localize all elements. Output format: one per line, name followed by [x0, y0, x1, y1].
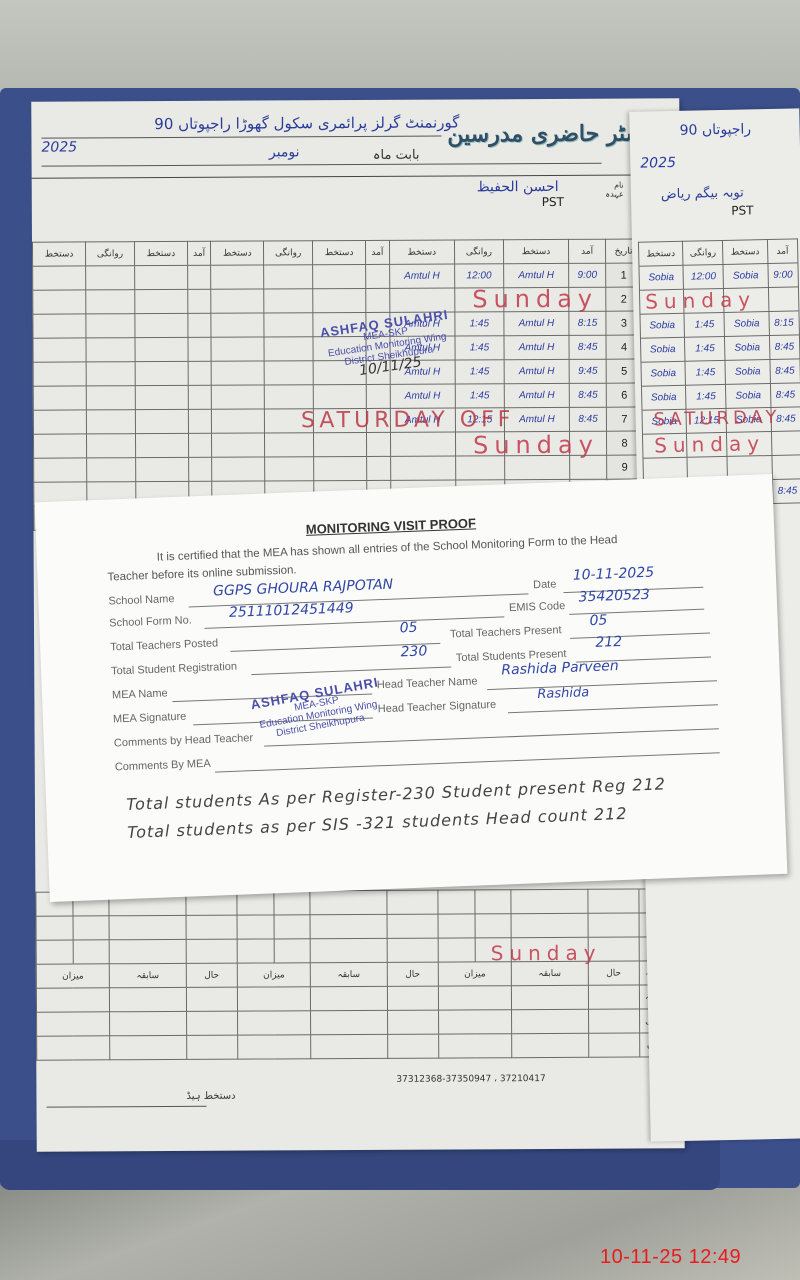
- head-teacher-signature-value: Rashida: [537, 685, 589, 702]
- sunday-note: Sunday: [473, 431, 599, 460]
- col-departure: روانگی: [455, 240, 504, 264]
- school-name-label: School Name: [108, 593, 174, 608]
- saturday-off-note: SATURDAY OFF: [301, 407, 515, 433]
- summary-header: میزانسابقہحال میزانسابقہحال میزانسابقہحا…: [36, 961, 675, 988]
- form-no-value: 25111012451449: [229, 600, 354, 621]
- student-registration-value: 230: [400, 643, 427, 660]
- date-label: Date: [533, 578, 557, 591]
- monitoring-visit-proof-slip: MONITORING VISIT PROOF It is certified t…: [35, 474, 788, 902]
- form-no-label: School Form No.: [109, 614, 192, 629]
- register-year: 2025: [41, 139, 77, 155]
- head-teacher-signature-label: Head Teacher Signature: [378, 699, 497, 716]
- right-saturday-note: SATURDAY: [653, 407, 780, 431]
- certification-line-1: It is certified that the MEA has shown a…: [157, 534, 618, 564]
- background-surface-top: [0, 0, 800, 95]
- divider: [32, 174, 680, 178]
- emis-value: 35420523: [578, 587, 650, 606]
- mea-signature-label: MEA Signature: [113, 711, 187, 726]
- col-sign: دستخط: [32, 242, 85, 266]
- col-departure: روانگی: [86, 242, 135, 266]
- table-row: Amtul H1:45Amtul H8:456: [33, 383, 642, 410]
- right-attendance-grid: دستخطروانگیدستخطآمد Sobia12:00Sobia9:00 …: [638, 238, 800, 506]
- sunday-note: Sunday: [472, 285, 598, 314]
- col-arrival: آمد: [366, 240, 390, 264]
- right-sunday-note: Sunday: [645, 287, 756, 313]
- row-header-label: نام عہدہ: [604, 181, 624, 199]
- student-registration-label: Total Student Registration: [111, 661, 237, 678]
- col-arrival: آمد: [569, 239, 606, 263]
- col-sign: دستخط: [389, 240, 455, 264]
- col-sign: دستخط: [313, 240, 366, 264]
- divider: [41, 136, 441, 139]
- teachers-present-value: 05: [589, 612, 607, 629]
- school-name-value: GGPS GHOURA RAJPOTAN: [213, 577, 394, 600]
- mea-name-label: MEA Name: [112, 687, 168, 701]
- month-value: نومبر: [269, 144, 300, 160]
- head-teacher-name-label: Head Teacher Name: [377, 675, 478, 691]
- slip-title: MONITORING VISIT PROOF: [306, 515, 477, 537]
- camera-timestamp: 10-11-25 12:49: [600, 1246, 741, 1269]
- teacher-designation: PST: [542, 195, 564, 209]
- right-teacher-name: توبہ بیگم ریاض: [661, 186, 744, 203]
- header-row: دستخط روانگی دستخط آمد دستخط روانگی دستخ…: [32, 239, 641, 266]
- comments-mea-label: Comments By MEA: [115, 758, 211, 774]
- teachers-present-label: Total Teachers Present: [450, 624, 562, 640]
- col-departure: روانگی: [264, 241, 313, 265]
- teacher-name: احسن الحفیظ: [477, 179, 559, 195]
- teachers-posted-value: 05: [399, 620, 417, 637]
- right-school-name: راجپوتاں 90: [679, 121, 751, 138]
- sunday-note-30: Sunday: [491, 941, 602, 966]
- teachers-posted-label: Total Teachers Posted: [110, 637, 218, 653]
- head-signature-label: دستخط ہیڈ: [186, 1091, 235, 1102]
- table-row: 9: [34, 455, 643, 482]
- bottom-grid: 29 30 31 میزانسابقہحال میزانسابقہحال میز…: [35, 888, 676, 1060]
- right-sunday-note: Sunday: [654, 431, 765, 457]
- right-year: 2025: [640, 155, 676, 172]
- date-value: 10-11-2025: [573, 565, 655, 584]
- col-sign: دستخط: [134, 241, 187, 265]
- right-teacher-designation: PST: [731, 203, 753, 217]
- month-label: بابت ماہ: [373, 148, 420, 163]
- col-sign: دستخط: [503, 239, 569, 263]
- col-sign: دستخط: [211, 241, 264, 265]
- col-arrival: آمد: [187, 241, 211, 265]
- slip-mea-stamp: ASHFAQ SULAHRI MEA-SKP Education Monitor…: [250, 676, 385, 742]
- school-name-handwritten: گورنمنٹ گرلز پرائمری سکول گھوڑا راجپوتاں…: [154, 113, 459, 133]
- head-teacher-name-value: Rashida Parveen: [501, 658, 619, 678]
- divider: [42, 163, 602, 167]
- students-present-value: 212: [595, 634, 622, 651]
- emis-label: EMIS Code: [509, 600, 566, 614]
- comments-head-label: Comments by Head Teacher: [114, 732, 254, 749]
- printer-info: 37210417 ، 37312368-37350947: [396, 1074, 545, 1085]
